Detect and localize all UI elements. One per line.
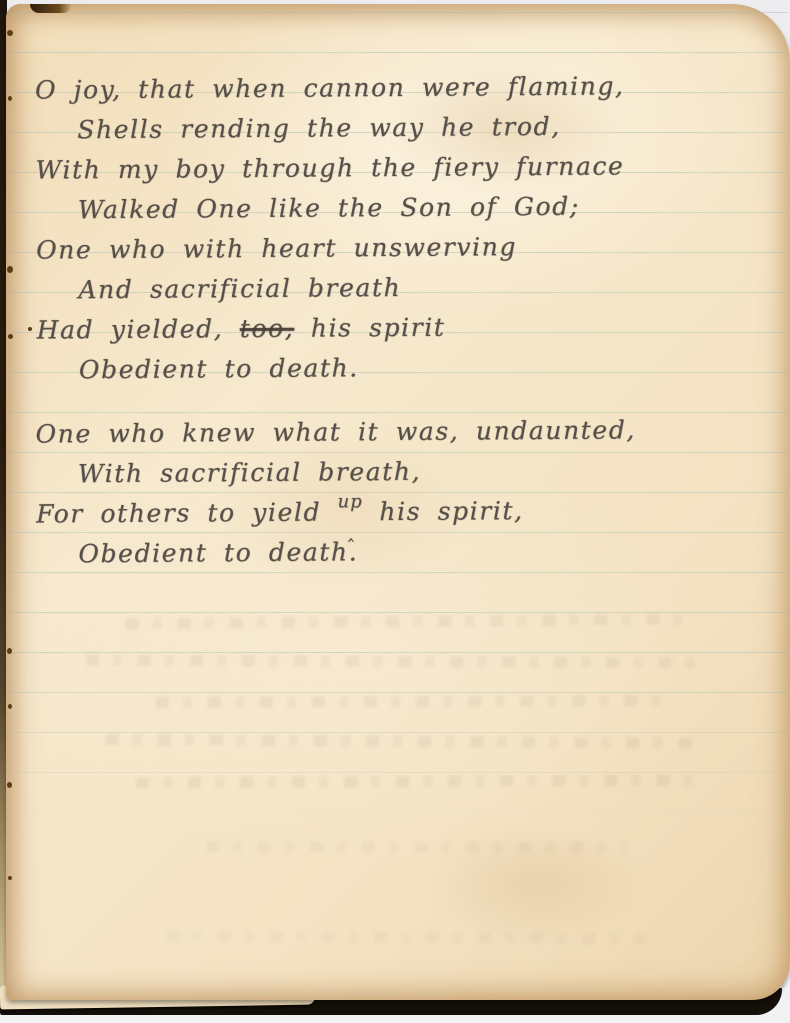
poem-line: O joy, that when cannon were flaming, bbox=[5, 65, 789, 110]
stitch-hole-spot bbox=[7, 30, 13, 36]
bleedthrough-ghost-writing bbox=[206, 842, 626, 853]
poem-line: And sacrificial breath bbox=[6, 265, 790, 310]
poem-line: With sacrificial breath, bbox=[6, 449, 790, 494]
text-segment: One who knew what it was, undaunted, bbox=[35, 415, 636, 448]
stitch-hole-spot bbox=[8, 704, 12, 709]
text-segment: his spirit, bbox=[363, 496, 524, 526]
text-segment: Obedient to death. bbox=[78, 537, 358, 568]
text-segment: Obedient to death. bbox=[79, 353, 359, 384]
text-segment: his spirit bbox=[294, 313, 445, 343]
stitch-hole-spot bbox=[7, 782, 12, 788]
stanza: O joy, that when cannon were flaming,She… bbox=[5, 65, 790, 390]
bleedthrough-ghost-writing bbox=[156, 695, 676, 708]
stitch-hole-spot bbox=[8, 876, 12, 880]
poem-line: With my boy through the fiery furnace bbox=[5, 145, 789, 190]
poem-line: Obedient to death. bbox=[6, 529, 790, 574]
text-segment: Walked One like the Son of God; bbox=[78, 192, 580, 225]
text-segment: For others to yield bbox=[36, 497, 338, 528]
poem-line: Obedient to death. bbox=[7, 345, 790, 390]
bleedthrough-ghost-writing bbox=[166, 931, 646, 945]
text-segment: With sacrificial breath, bbox=[78, 457, 421, 488]
text-segment: O joy, that when cannon were flaming, bbox=[35, 71, 625, 104]
poem-line: For others to yield up his spirit, bbox=[6, 489, 790, 534]
poem-line: One who with heart unswerving bbox=[6, 225, 790, 270]
text-segment: One who with heart unswerving bbox=[36, 232, 517, 264]
poem-line: Had yielded, too, his spirit bbox=[7, 305, 790, 350]
text-segment: With my boy through the fiery furnace bbox=[35, 151, 624, 184]
text-segment: And sacrificial breath bbox=[78, 273, 401, 304]
inserted-word-with-caret: up bbox=[338, 491, 363, 512]
text-segment: Shells rending the way he trod, bbox=[77, 112, 561, 144]
poem-line: Shells rending the way he trod, bbox=[5, 105, 789, 150]
stanza: One who knew what it was, undaunted,With… bbox=[5, 409, 790, 574]
poem-line: One who knew what it was, undaunted, bbox=[5, 409, 789, 454]
poem-line: Walked One like the Son of God; bbox=[6, 185, 790, 230]
notebook-page: O joy, that when cannon were flaming,She… bbox=[6, 4, 790, 1000]
struck-word: too, bbox=[240, 314, 295, 343]
stitch-hole-spot bbox=[7, 648, 12, 654]
worn-edge-chip bbox=[30, 4, 72, 13]
scanned-notebook-photo: O joy, that when cannon were flaming,She… bbox=[0, 0, 790, 1023]
text-segment: Had yielded, bbox=[37, 314, 240, 344]
